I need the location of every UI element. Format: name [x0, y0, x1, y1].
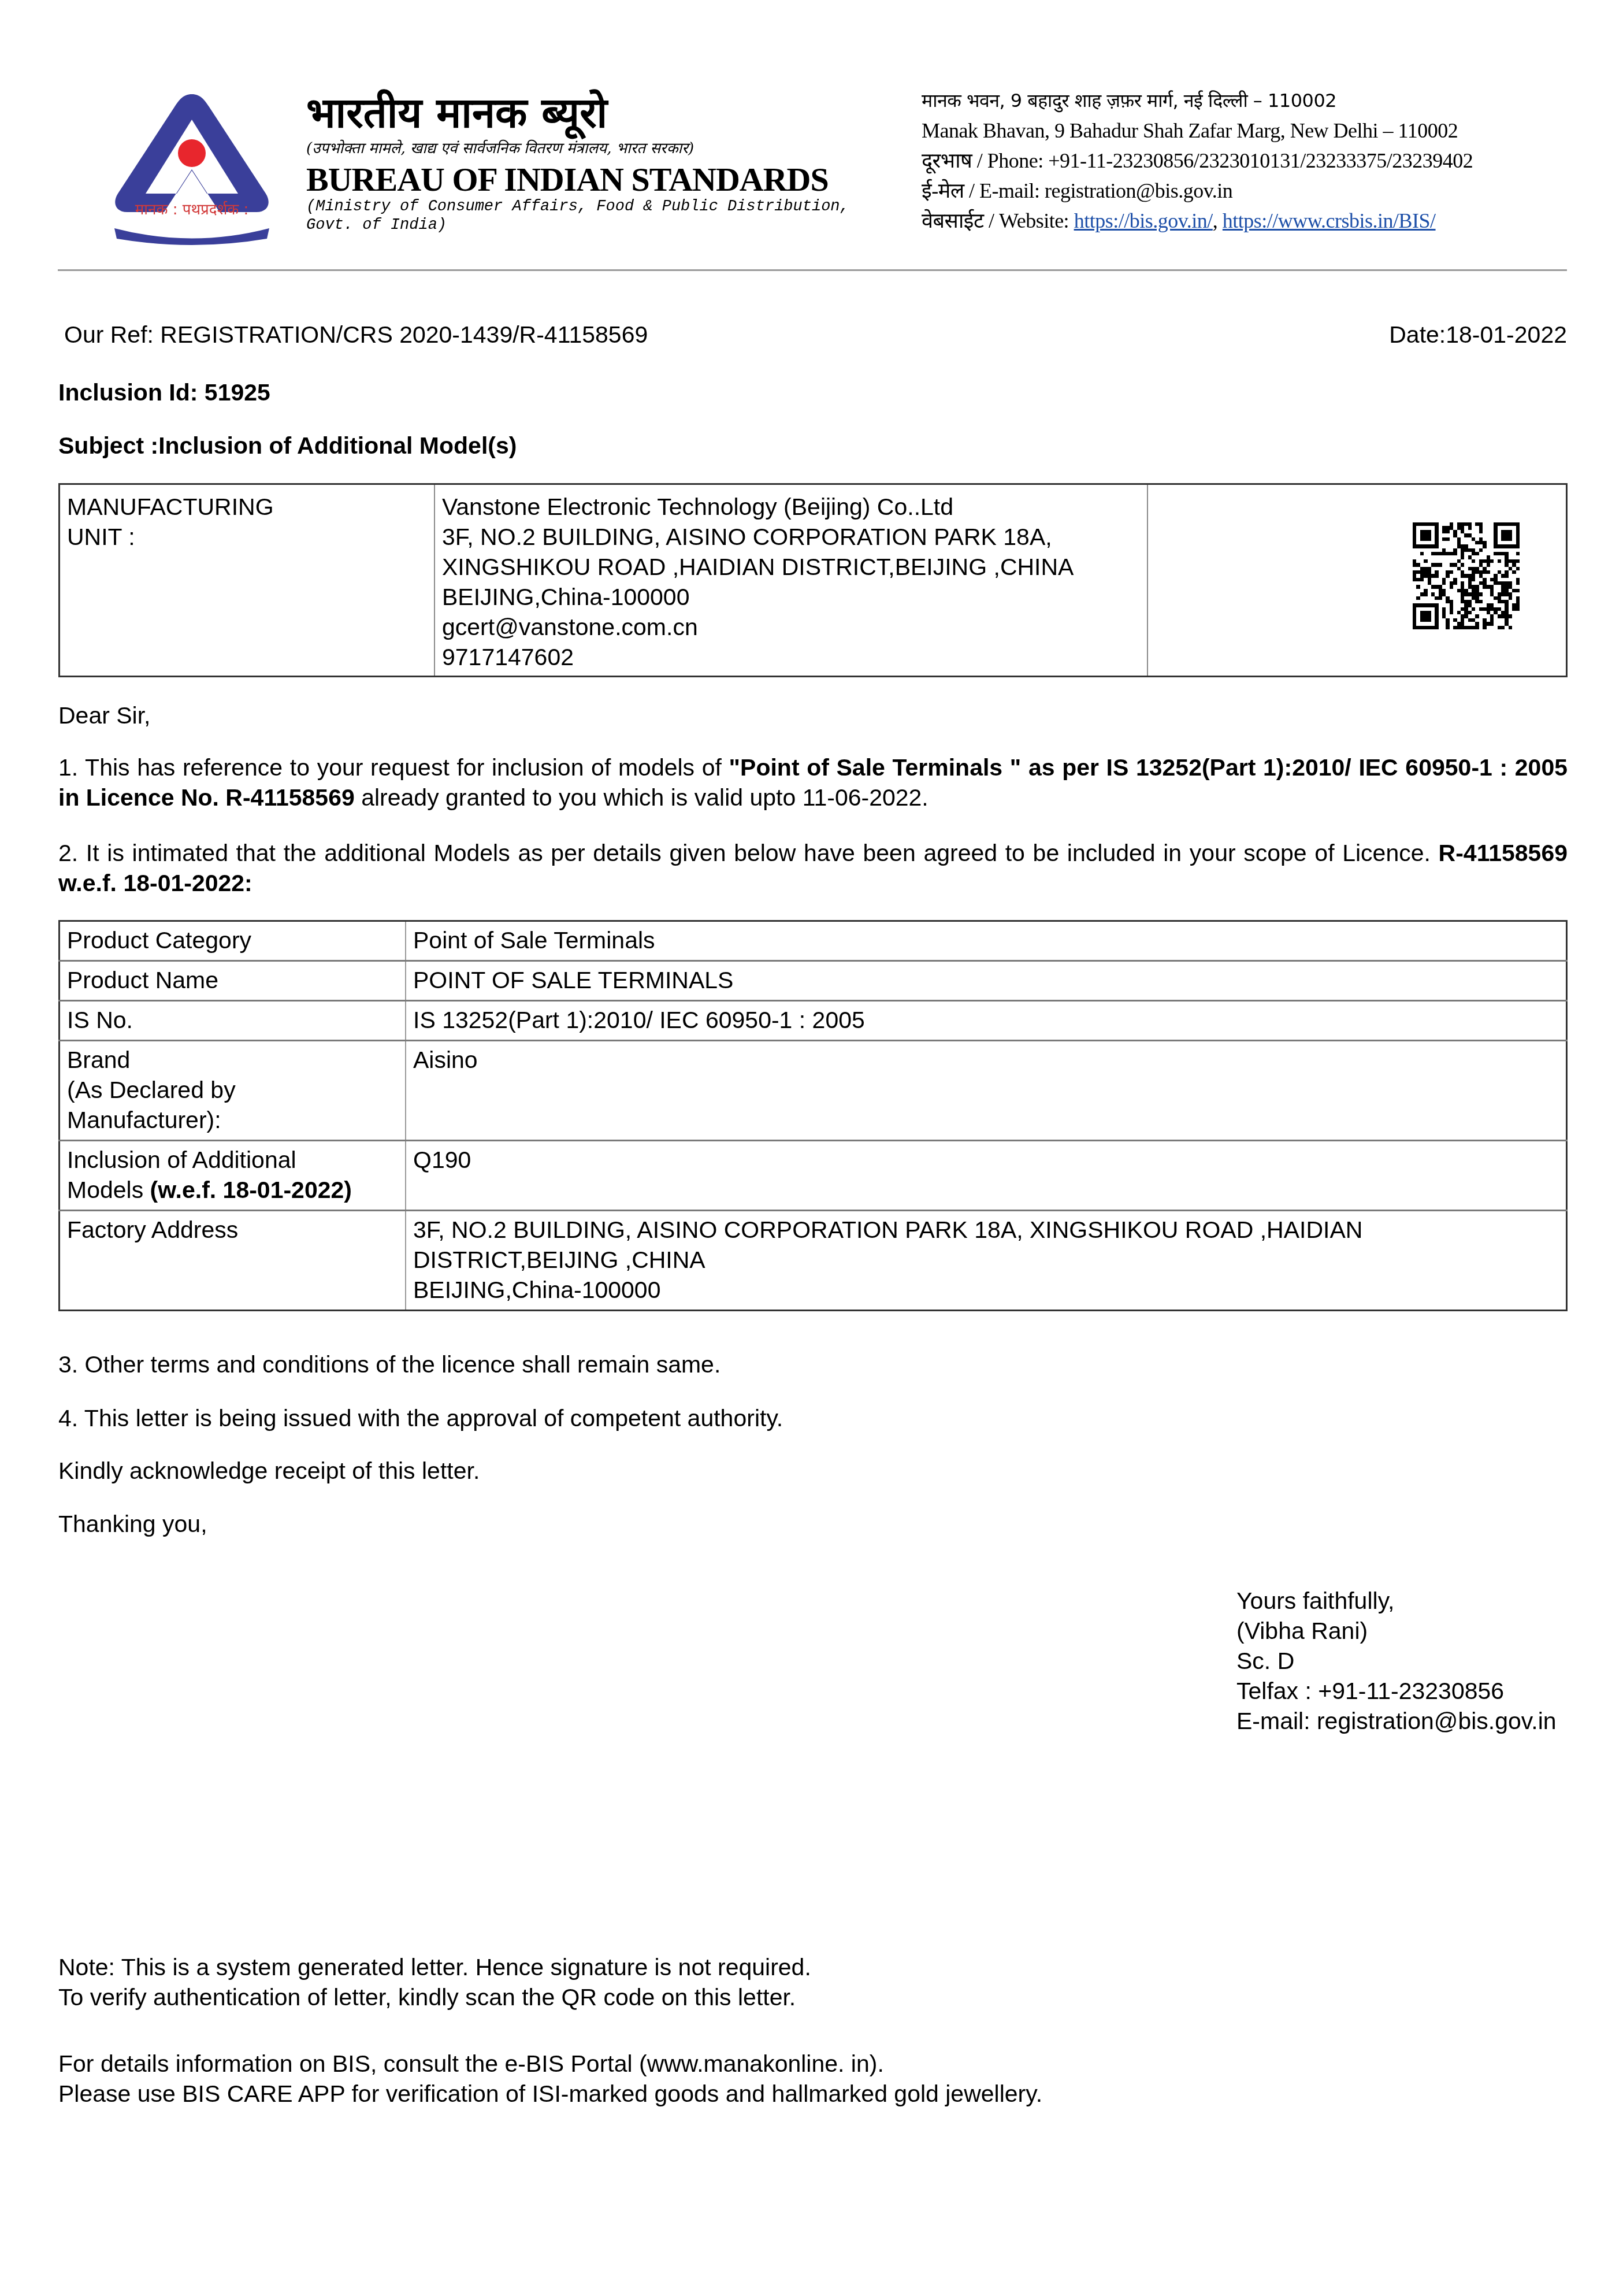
- paragraph-2: 2. It is intimated that the additional M…: [58, 838, 1568, 898]
- signatory-designation: Sc. D: [1236, 1646, 1557, 1676]
- letter-date: Date:18-01-2022: [1389, 320, 1567, 350]
- address-english: Manak Bhavan, 9 Bahadur Shah Zafar Marg,…: [922, 116, 1473, 146]
- ministry-english: (Ministry of Consumer Affairs, Food & Pu…: [306, 198, 849, 235]
- signatory-telfax: Telfax : +91-11-23230856: [1236, 1676, 1557, 1706]
- paragraph-3: 3. Other terms and conditions of the lic…: [58, 1349, 720, 1379]
- note-line: Note: This is a system generated letter.…: [58, 1952, 811, 1982]
- ministry-hindi: (उपभोक्ता मामले, खाद्य एवं सार्वजनिक वित…: [306, 139, 694, 158]
- manufacturing-unit-table: MANUFACTURING UNIT : Vanstone Electronic…: [58, 483, 1568, 677]
- salutation: Dear Sir,: [58, 700, 151, 730]
- label-line: Inclusion of Additional: [67, 1145, 399, 1175]
- label-line: (As Declared by: [67, 1075, 399, 1105]
- manufacturing-unit-label: MANUFACTURING UNIT :: [60, 484, 435, 677]
- org-name-english: BUREAU OF INDIAN STANDARDS: [306, 160, 829, 200]
- signature-block: Yours faithfully, (Vibha Rani) Sc. D Tel…: [1236, 1586, 1557, 1736]
- row-label: Factory Address: [60, 1211, 406, 1311]
- row-label: Product Category: [60, 921, 406, 961]
- address-line: XINGSHIKOU ROAD ,HAIDIAN DISTRICT,BEIJIN…: [442, 552, 1141, 582]
- table-row: Inclusion of Additional Models (w.e.f. 1…: [60, 1141, 1567, 1211]
- inclusion-id: Inclusion Id: 51925: [58, 377, 270, 407]
- table-row: Product Category Point of Sale Terminals: [60, 921, 1567, 961]
- email-label: ई-मेल / E-mail:: [922, 179, 1045, 202]
- thanking-text: Thanking you,: [58, 1509, 207, 1539]
- table-row: Brand (As Declared by Manufacturer): Ais…: [60, 1041, 1567, 1141]
- footer-line: For details information on BIS, consult …: [58, 2049, 1042, 2079]
- product-details-table: Product Category Point of Sale Terminals…: [58, 920, 1568, 1311]
- table-row: Product Name POINT OF SALE TERMINALS: [60, 961, 1567, 1001]
- email-value: registration@bis.gov.in: [1045, 179, 1232, 202]
- row-value: IS 13252(Part 1):2010/ IEC 60950-1 : 200…: [406, 1001, 1567, 1041]
- website-link-crsbis[interactable]: https://www.crsbis.in/BIS/: [1223, 209, 1436, 232]
- row-value: POINT OF SALE TERMINALS: [406, 961, 1567, 1001]
- qr-cell: [1147, 484, 1567, 677]
- our-reference: Our Ref: REGISTRATION/CRS 2020-1439/R-41…: [64, 320, 648, 350]
- row-value: 3F, NO.2 BUILDING, AISINO CORPORATION PA…: [406, 1211, 1567, 1311]
- phone-value: +91-11-23230856/2323010131/23233375/2323…: [1048, 149, 1473, 172]
- para2-text: 2. It is intimated that the additional M…: [58, 840, 1439, 866]
- note-line: To verify authentication of letter, kind…: [58, 1982, 811, 2012]
- label-line: UNIT :: [67, 522, 428, 552]
- address-hindi: मानक भवन, 9 बहादुर शाह ज़फ़र मार्ग, नई द…: [922, 86, 1473, 116]
- manufacturing-unit-row: MANUFACTURING UNIT : Vanstone Electronic…: [60, 484, 1567, 677]
- para1-text: 1. This has reference to your request fo…: [58, 754, 729, 781]
- table-row: IS No. IS 13252(Part 1):2010/ IEC 60950-…: [60, 1001, 1567, 1041]
- address-line: 3F, NO.2 BUILDING, AISINO CORPORATION PA…: [442, 522, 1141, 552]
- row-label: Product Name: [60, 961, 406, 1001]
- ministry-english-line1: (Ministry of Consumer Affairs, Food & Pu…: [306, 198, 849, 216]
- contact-block: मानक भवन, 9 बहादुर शाह ज़फ़र मार्ग, नई द…: [922, 86, 1473, 236]
- phone-label: दूरभाष / Phone:: [922, 149, 1048, 172]
- logo-tagline: मानक : पथप्रदर्शक :: [117, 198, 267, 219]
- label-line: Brand: [67, 1045, 399, 1075]
- footer-info: For details information on BIS, consult …: [58, 2049, 1042, 2109]
- website-separator: ,: [1213, 209, 1223, 232]
- company-email: gcert@vanstone.com.cn: [442, 612, 1141, 642]
- company-name: Vanstone Electronic Technology (Beijing)…: [442, 492, 1141, 522]
- org-name-hindi: भारतीय मानक ब्यूरो: [306, 87, 607, 139]
- bis-triangle-logo-icon: [105, 84, 278, 246]
- phone-line: दूरभाष / Phone: +91-11-23230856/23230101…: [922, 146, 1473, 176]
- company-phone: 9717147602: [442, 642, 1141, 672]
- value-line: 3F, NO.2 BUILDING, AISINO CORPORATION PA…: [413, 1215, 1560, 1275]
- label-line: Manufacturer):: [67, 1105, 399, 1135]
- subject: Subject :Inclusion of Additional Model(s…: [58, 431, 517, 461]
- ministry-english-line2: Govt. of India): [306, 216, 849, 235]
- signatory-name: (Vibha Rani): [1236, 1616, 1557, 1646]
- signatory-email: E-mail: registration@bis.gov.in: [1236, 1706, 1557, 1736]
- website-label: वेबसाईट / Website:: [922, 209, 1074, 232]
- label-line: Models (w.e.f. 18-01-2022): [67, 1175, 399, 1205]
- label-text: Models: [67, 1177, 150, 1203]
- row-value: Point of Sale Terminals: [406, 921, 1567, 961]
- address-line: BEIJING,China-100000: [442, 582, 1141, 612]
- manufacturing-unit-address: Vanstone Electronic Technology (Beijing)…: [434, 484, 1147, 677]
- row-label: IS No.: [60, 1001, 406, 1041]
- row-label: Inclusion of Additional Models (w.e.f. 1…: [60, 1141, 406, 1211]
- row-value: Aisino: [406, 1041, 1567, 1141]
- system-note: Note: This is a system generated letter.…: [58, 1952, 811, 2012]
- footer-line: Please use BIS CARE APP for verification…: [58, 2079, 1042, 2109]
- closing: Yours faithfully,: [1236, 1586, 1557, 1616]
- table-row: Factory Address 3F, NO.2 BUILDING, AISIN…: [60, 1211, 1567, 1311]
- website-link-bis[interactable]: https://bis.gov.in/: [1074, 209, 1213, 232]
- row-value: Q190: [406, 1141, 1567, 1211]
- paragraph-4: 4. This letter is being issued with the …: [58, 1403, 783, 1433]
- acknowledge-text: Kindly acknowledge receipt of this lette…: [58, 1456, 480, 1486]
- label-line: MANUFACTURING: [67, 492, 428, 522]
- qr-code-icon[interactable]: [1413, 520, 1520, 632]
- bis-logo: मानक : पथप्रदर्शक :: [105, 84, 278, 246]
- header-divider: [58, 269, 1567, 271]
- para1-text-end: already granted to you which is valid up…: [355, 784, 929, 811]
- email-line: ई-मेल / E-mail: registration@bis.gov.in: [922, 176, 1473, 206]
- paragraph-1: 1. This has reference to your request fo…: [58, 752, 1568, 813]
- website-line: वेबसाईट / Website: https://bis.gov.in/, …: [922, 206, 1473, 236]
- row-label: Brand (As Declared by Manufacturer):: [60, 1041, 406, 1141]
- value-line: BEIJING,China-100000: [413, 1275, 1560, 1305]
- label-bold: (w.e.f. 18-01-2022): [150, 1177, 352, 1203]
